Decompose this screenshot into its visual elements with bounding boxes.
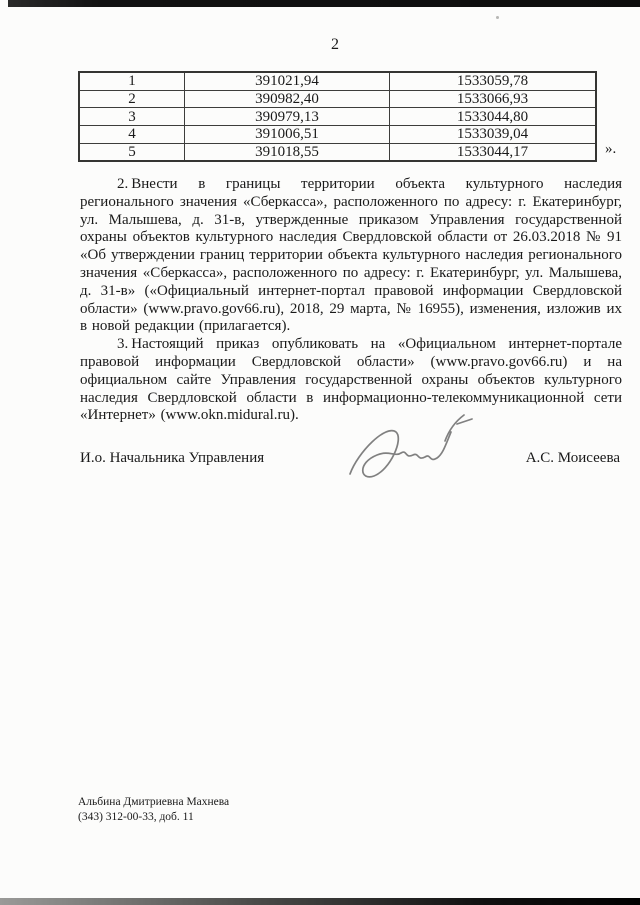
table-row: 1 391021,94 1533059,78 [79,72,596,90]
signatory-title: И.о. Начальника Управления [80,450,264,467]
coordinate-y-cell: 1533066,93 [390,90,597,108]
signature-row: И.о. Начальника Управления А.С. Моисеева [80,450,620,467]
scan-edge-top [8,0,640,7]
coordinate-x-cell: 390979,13 [185,108,390,126]
coordinate-x-cell: 391006,51 [185,126,390,144]
closing-quote-mark: ». [605,141,616,158]
table-row: 2 390982,40 1533066,93 [79,90,596,108]
table-row: 3 390979,13 1533044,80 [79,108,596,126]
executor-phone: (343) 312-00-33, доб. 11 [78,810,229,825]
page-number: 2 [80,36,590,54]
coordinate-x-cell: 391018,55 [185,143,390,161]
coordinate-x-cell: 390982,40 [185,90,390,108]
coordinate-y-cell: 1533044,17 [390,143,597,161]
scanned-document-page: 2 1 391021,94 1533059,78 2 390982,40 153… [0,0,640,905]
point-number-cell: 5 [79,143,185,161]
point-number-cell: 4 [79,126,185,144]
coordinates-table: 1 391021,94 1533059,78 2 390982,40 15330… [78,71,597,162]
table-row: 5 391018,55 1533044,17 [79,143,596,161]
document-body: 2. Внести в границы территории объекта к… [80,176,622,425]
table-row: 4 391006,51 1533039,04 [79,126,596,144]
executor-block: Альбина Дмитриевна Махнева (343) 312-00-… [78,795,229,824]
signatory-name: А.С. Моисеева [526,450,620,467]
point-number-cell: 1 [79,72,185,90]
paragraph-2: 2. Внести в границы территории объекта к… [80,176,622,336]
coordinate-y-cell: 1533039,04 [390,126,597,144]
scan-edge-bottom [0,898,640,905]
executor-name: Альбина Дмитриевна Махнева [78,795,229,810]
coordinate-x-cell: 391021,94 [185,72,390,90]
point-number-cell: 3 [79,108,185,126]
point-number-cell: 2 [79,90,185,108]
coordinate-y-cell: 1533044,80 [390,108,597,126]
coordinate-y-cell: 1533059,78 [390,72,597,90]
scan-speck [496,16,499,19]
